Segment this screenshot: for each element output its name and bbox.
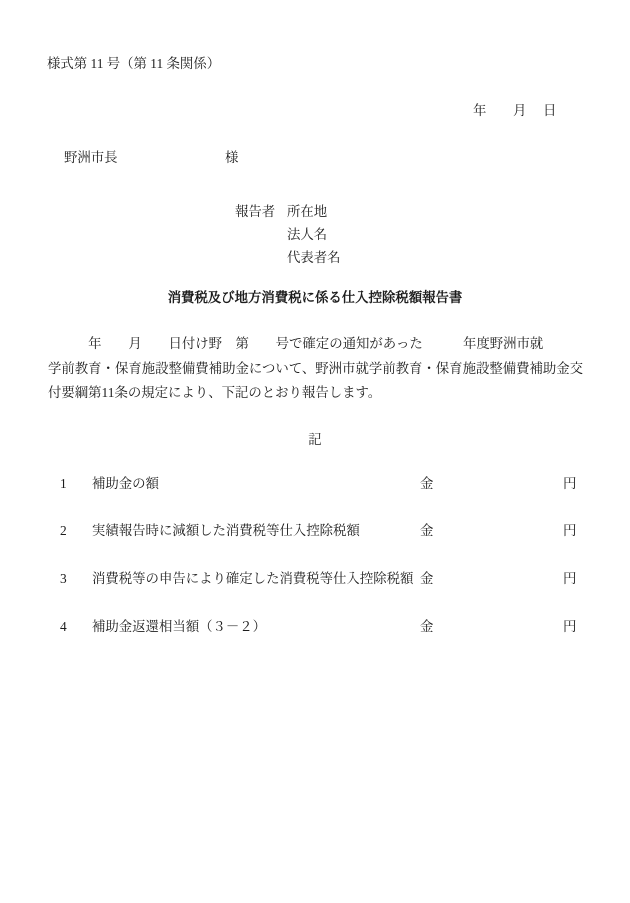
addressee-honorific: 様 (225, 148, 238, 168)
document-page: 様式第 11 号（第 11 条関係） 年 月 日 野洲市長 様 報告者 所在地 … (0, 0, 630, 903)
amount-prefix: 金 (420, 521, 433, 541)
amount-prefix: 金 (420, 617, 433, 637)
amount-prefix: 金 (420, 569, 433, 589)
reporter-field-corporation: 法人名 (287, 225, 327, 245)
item-label: 消費税等の申告により確定した消費税等仕入控除税額 (92, 569, 413, 589)
addressee-name: 野洲市長 (64, 148, 118, 168)
amount-unit: 円 (563, 474, 576, 494)
amount-unit: 円 (563, 569, 576, 589)
item-row-3: 3 消費税等の申告により確定した消費税等仕入控除税額 金 円 (0, 569, 630, 589)
reporter-label: 報告者 (235, 202, 275, 222)
date-day-label: 日 (543, 101, 556, 121)
item-number: 4 (60, 617, 67, 637)
item-number: 3 (60, 569, 67, 589)
item-row-4: 4 補助金返還相当額（３－２） 金 円 (0, 617, 630, 637)
date-year-label: 年 (473, 101, 486, 121)
reporter-row-location: 報告者 所在地 (0, 202, 630, 222)
item-row-1: 1 補助金の額 金 円 (0, 474, 630, 494)
item-row-2: 2 実績報告時に減額した消費税等仕入控除税額 金 円 (0, 521, 630, 541)
note-heading: 記 (0, 430, 630, 450)
item-label: 補助金返還相当額（３－２） (92, 617, 266, 637)
body-line-2: 学前教育・保育施設整備費補助金について、野洲市就学前教育・保育施設整備費補助金交 (48, 359, 588, 379)
body-line-3: 付要綱第11条の規定により、下記のとおり報告します。 (48, 383, 588, 403)
date-line: 年 月 日 (0, 101, 630, 121)
reporter-row-representative: 代表者名 (0, 248, 630, 268)
amount-prefix: 金 (420, 474, 433, 494)
item-number: 1 (60, 474, 67, 494)
reporter-field-location: 所在地 (287, 202, 327, 222)
amount-unit: 円 (563, 617, 576, 637)
amount-unit: 円 (563, 521, 576, 541)
item-label: 補助金の額 (92, 474, 159, 494)
date-month-label: 月 (513, 101, 526, 121)
reporter-field-representative: 代表者名 (287, 248, 341, 268)
addressee-line: 野洲市長 様 (0, 148, 630, 168)
form-number: 様式第 11 号（第 11 条関係） (47, 54, 220, 74)
item-number: 2 (60, 521, 67, 541)
item-label: 実績報告時に減額した消費税等仕入控除税額 (92, 521, 360, 541)
reporter-row-corporation: 法人名 (0, 225, 630, 245)
body-line-1: 年 月 日付け野 第 号で確定の通知があった 年度野洲市就 (48, 334, 588, 354)
document-title: 消費税及び地方消費税に係る仕入控除税額報告書 (0, 288, 630, 308)
